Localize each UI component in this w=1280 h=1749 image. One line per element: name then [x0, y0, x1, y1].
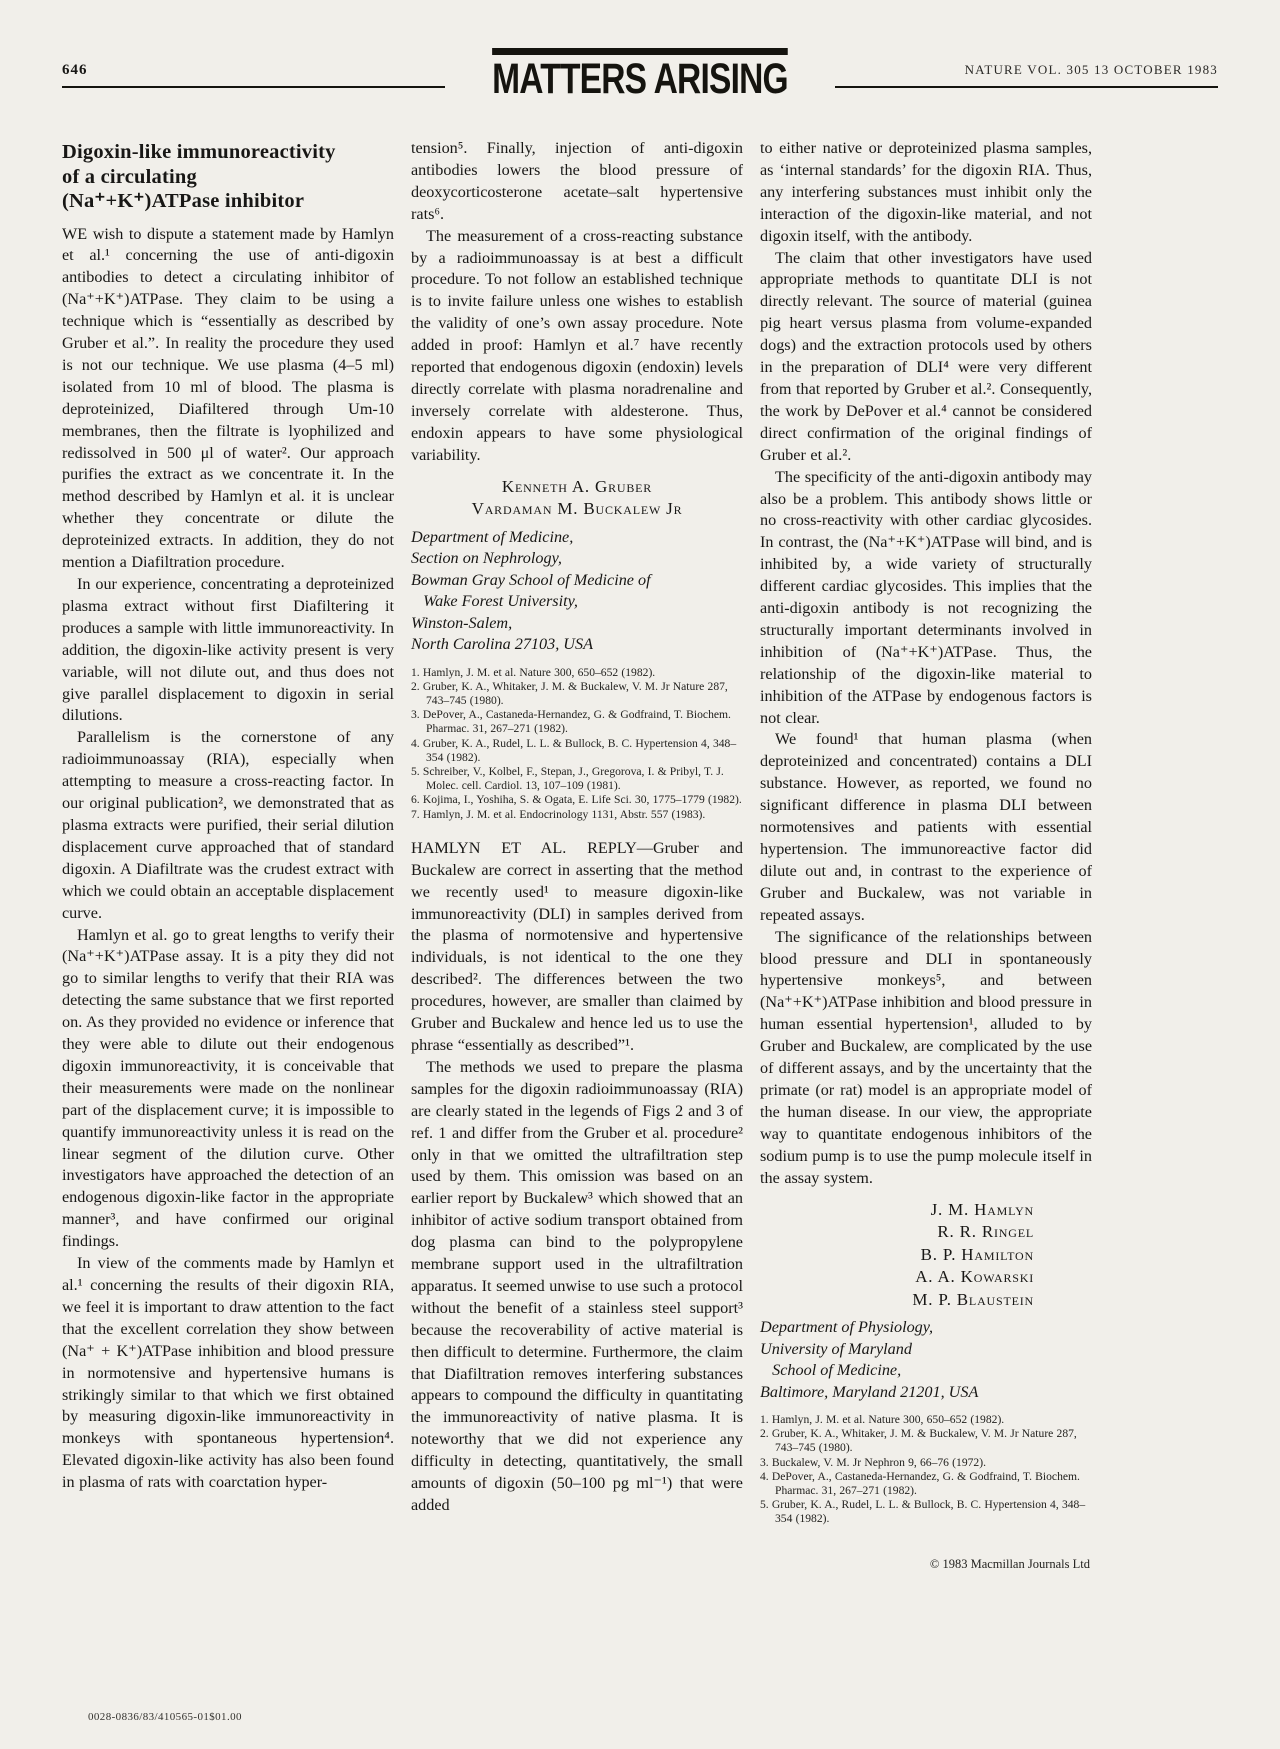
article-signatures: Kenneth A. GruberVardaman M. Buckalew Jr	[411, 476, 743, 521]
signature-name: B. P. Hamilton	[760, 1244, 1092, 1267]
issn-code: 0028-0836/83/410565-01$01.00	[88, 1711, 242, 1723]
reply-affiliation: Department of Physiology,University of M…	[760, 1317, 1092, 1403]
reference-item: 4. Gruber, K. A., Rudel, L. L. & Bullock…	[411, 737, 743, 765]
reply-paragraph: The methods we used to prepare the plasm…	[411, 1057, 743, 1517]
column-2: tension⁵. Finally, injection of anti-dig…	[411, 138, 743, 1572]
title-line: of a circulating	[62, 165, 394, 190]
column-1: Digoxin-like immunoreactivityof a circul…	[62, 138, 394, 1572]
article-paragraph: In view of the comments made by Hamlyn e…	[62, 1253, 394, 1494]
header-rule-right	[835, 86, 1218, 88]
reply-paragraph: The claim that other investigators have …	[760, 248, 1092, 467]
copyright-notice: © 1983 Macmillan Journals Ltd	[760, 1557, 1092, 1572]
affiliation-line: Baltimore, Maryland 21201, USA	[760, 1382, 1092, 1404]
affiliation-line: Bowman Gray School of Medicine of	[411, 570, 743, 592]
content-columns: Digoxin-like immunoreactivityof a circul…	[62, 138, 1094, 1572]
page-number: 646	[62, 62, 88, 79]
section-title: MATTERS ARISING	[492, 57, 788, 101]
reference-item: 7. Hamlyn, J. M. et al. Endocrinology 11…	[411, 808, 743, 822]
reference-item: 5. Schreiber, V., Kolbel, F., Stepan, J.…	[411, 765, 743, 793]
affiliation-line: School of Medicine,	[760, 1360, 1092, 1382]
reply-paragraph: The specificity of the anti-digoxin anti…	[760, 467, 1092, 730]
article-paragraph: The measurement of a cross-reacting subs…	[411, 226, 743, 467]
article-paragraph: tension⁵. Finally, injection of anti-dig…	[411, 138, 743, 226]
title-line: (Na⁺+K⁺)ATPase inhibitor	[62, 189, 394, 214]
reference-item: 1. Hamlyn, J. M. et al. Nature 300, 650–…	[760, 1413, 1092, 1427]
header-rule-left	[62, 86, 445, 88]
affiliation-line: Department of Medicine,	[411, 527, 743, 549]
reference-item: 6. Kojima, I., Yoshiha, S. & Ogata, E. L…	[411, 793, 743, 807]
title-line: Digoxin-like immunoreactivity	[62, 140, 394, 165]
reply-paragraph: We found¹ that human plasma (when deprot…	[760, 729, 1092, 926]
affiliation-line: North Carolina 27103, USA	[411, 634, 743, 656]
affiliation-line: Wake Forest University,	[411, 591, 743, 613]
reference-item: 2. Gruber, K. A., Whitaker, J. M. & Buck…	[411, 680, 743, 708]
affiliation-line: Department of Physiology,	[760, 1317, 1092, 1339]
column-3: to either native or deproteinized plasma…	[760, 138, 1092, 1572]
journal-page: 646 MATTERS ARISING NATURE VOL. 305 13 O…	[0, 0, 1280, 1749]
signature-name: J. M. Hamlyn	[760, 1199, 1092, 1222]
article-col1-text: WE wish to dispute a statement made by H…	[62, 224, 394, 1495]
reference-item: 3. Buckalew, V. M. Jr Nephron 9, 66–76 (…	[760, 1456, 1092, 1470]
reply-paragraph: to either native or deproteinized plasma…	[760, 138, 1092, 248]
reference-item: 3. DePover, A., Castaneda-Hernandez, G. …	[411, 708, 743, 736]
article-title: Digoxin-like immunoreactivityof a circul…	[62, 140, 394, 214]
reply-col3-text: to either native or deproteinized plasma…	[760, 138, 1092, 1190]
article-paragraph: Hamlyn et al. go to great lengths to ver…	[62, 925, 394, 1254]
article-references: 1. Hamlyn, J. M. et al. Nature 300, 650–…	[411, 666, 743, 822]
reference-item: 5. Gruber, K. A., Rudel, L. L. & Bullock…	[760, 1498, 1092, 1526]
page-header: 646 MATTERS ARISING NATURE VOL. 305 13 O…	[62, 46, 1218, 124]
affiliation-line: Winston-Salem,	[411, 613, 743, 635]
article-col2-text: tension⁵. Finally, injection of anti-dig…	[411, 138, 743, 467]
article-paragraph: In our experience, concentrating a depro…	[62, 574, 394, 727]
reply-paragraph: HAMLYN ET AL. REPLY—Gruber and Buckalew …	[411, 838, 743, 1057]
signature-name: Vardaman M. Buckalew Jr	[411, 498, 743, 521]
signature-name: M. P. Blaustein	[760, 1289, 1092, 1312]
reply-paragraph: The significance of the relationships be…	[760, 927, 1092, 1190]
reply-references: 1. Hamlyn, J. M. et al. Nature 300, 650–…	[760, 1413, 1092, 1527]
section-banner: MATTERS ARISING	[492, 48, 788, 101]
reply-signatures: J. M. HamlynR. R. RingelB. P. HamiltonA.…	[760, 1199, 1092, 1312]
affiliation-line: Section on Nephrology,	[411, 548, 743, 570]
signature-name: A. A. Kowarski	[760, 1266, 1092, 1289]
signature-name: R. R. Ringel	[760, 1221, 1092, 1244]
reference-item: 4. DePover, A., Castaneda-Hernandez, G. …	[760, 1470, 1092, 1498]
journal-reference: NATURE VOL. 305 13 OCTOBER 1983	[965, 62, 1218, 78]
affiliation-line: University of Maryland	[760, 1339, 1092, 1361]
reply-col2-text: HAMLYN ET AL. REPLY—Gruber and Buckalew …	[411, 838, 743, 1517]
reference-item: 1. Hamlyn, J. M. et al. Nature 300, 650–…	[411, 666, 743, 680]
article-affiliation: Department of Medicine,Section on Nephro…	[411, 527, 743, 656]
reference-item: 2. Gruber, K. A., Whitaker, J. M. & Buck…	[760, 1427, 1092, 1455]
article-paragraph: Parallelism is the cornerstone of any ra…	[62, 727, 394, 924]
banner-bar	[492, 48, 788, 55]
signature-name: Kenneth A. Gruber	[411, 476, 743, 499]
article-paragraph: WE wish to dispute a statement made by H…	[62, 224, 394, 575]
